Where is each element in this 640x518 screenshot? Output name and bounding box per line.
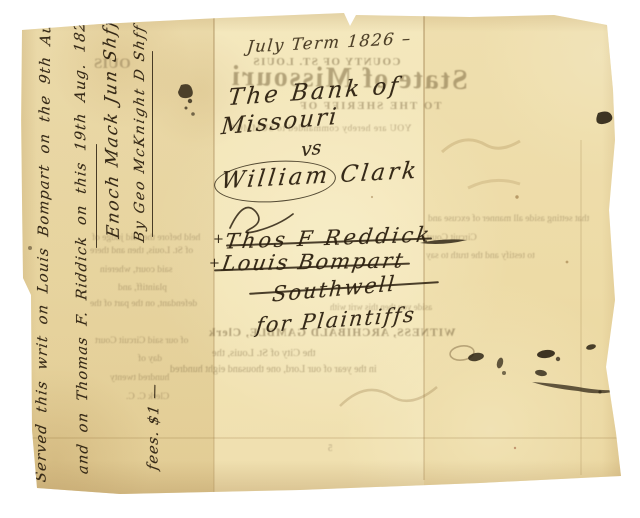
cross-mark: + — [213, 232, 224, 247]
bleedthrough-right-line: to testify and the truth to say — [426, 251, 535, 261]
ink-speck — [617, 387, 620, 390]
fold-crease-faint — [580, 140, 582, 475]
fold-crease-left — [213, 15, 215, 493]
versus-mark: vs — [301, 136, 322, 161]
bleedthrough-city-line: the City of St. Louis, the — [212, 348, 316, 359]
sheriff-service-note: Served this writ on Louis Bompart on the… — [18, 28, 176, 500]
bleedthrough-page-mark: 5 — [328, 443, 333, 453]
sheriff-signature: Enoch Mack Jun Shff — [100, 17, 124, 240]
underline-signature — [152, 51, 153, 237]
bleedthrough-right-line: that setting aside all manner of excuse … — [428, 214, 589, 224]
deputy-sheriff-signature: By Geo McKnight D Shff — [132, 22, 148, 243]
edge-shadow-right — [602, 22, 622, 478]
scanner-bed: COUNTY OF ST. LOUIS State of Missouri OU… — [0, 0, 640, 518]
service-line-2: and on Thomas F. Riddick on this 19th Au… — [72, 10, 91, 476]
ink-mark — [612, 349, 618, 357]
bleedthrough-year-line: in the year of our Lord, one thousand ei… — [170, 364, 377, 375]
service-line-1: Served this writ on Louis Bompart on the… — [34, 5, 55, 483]
paper-sheet: COUNTY OF ST. LOUIS State of Missouri OU… — [0, 0, 640, 518]
fees-note: fees. $1 — — [145, 382, 162, 471]
struck-name-bompart: Louis Bompart — [220, 248, 407, 275]
underline-date — [96, 144, 97, 248]
